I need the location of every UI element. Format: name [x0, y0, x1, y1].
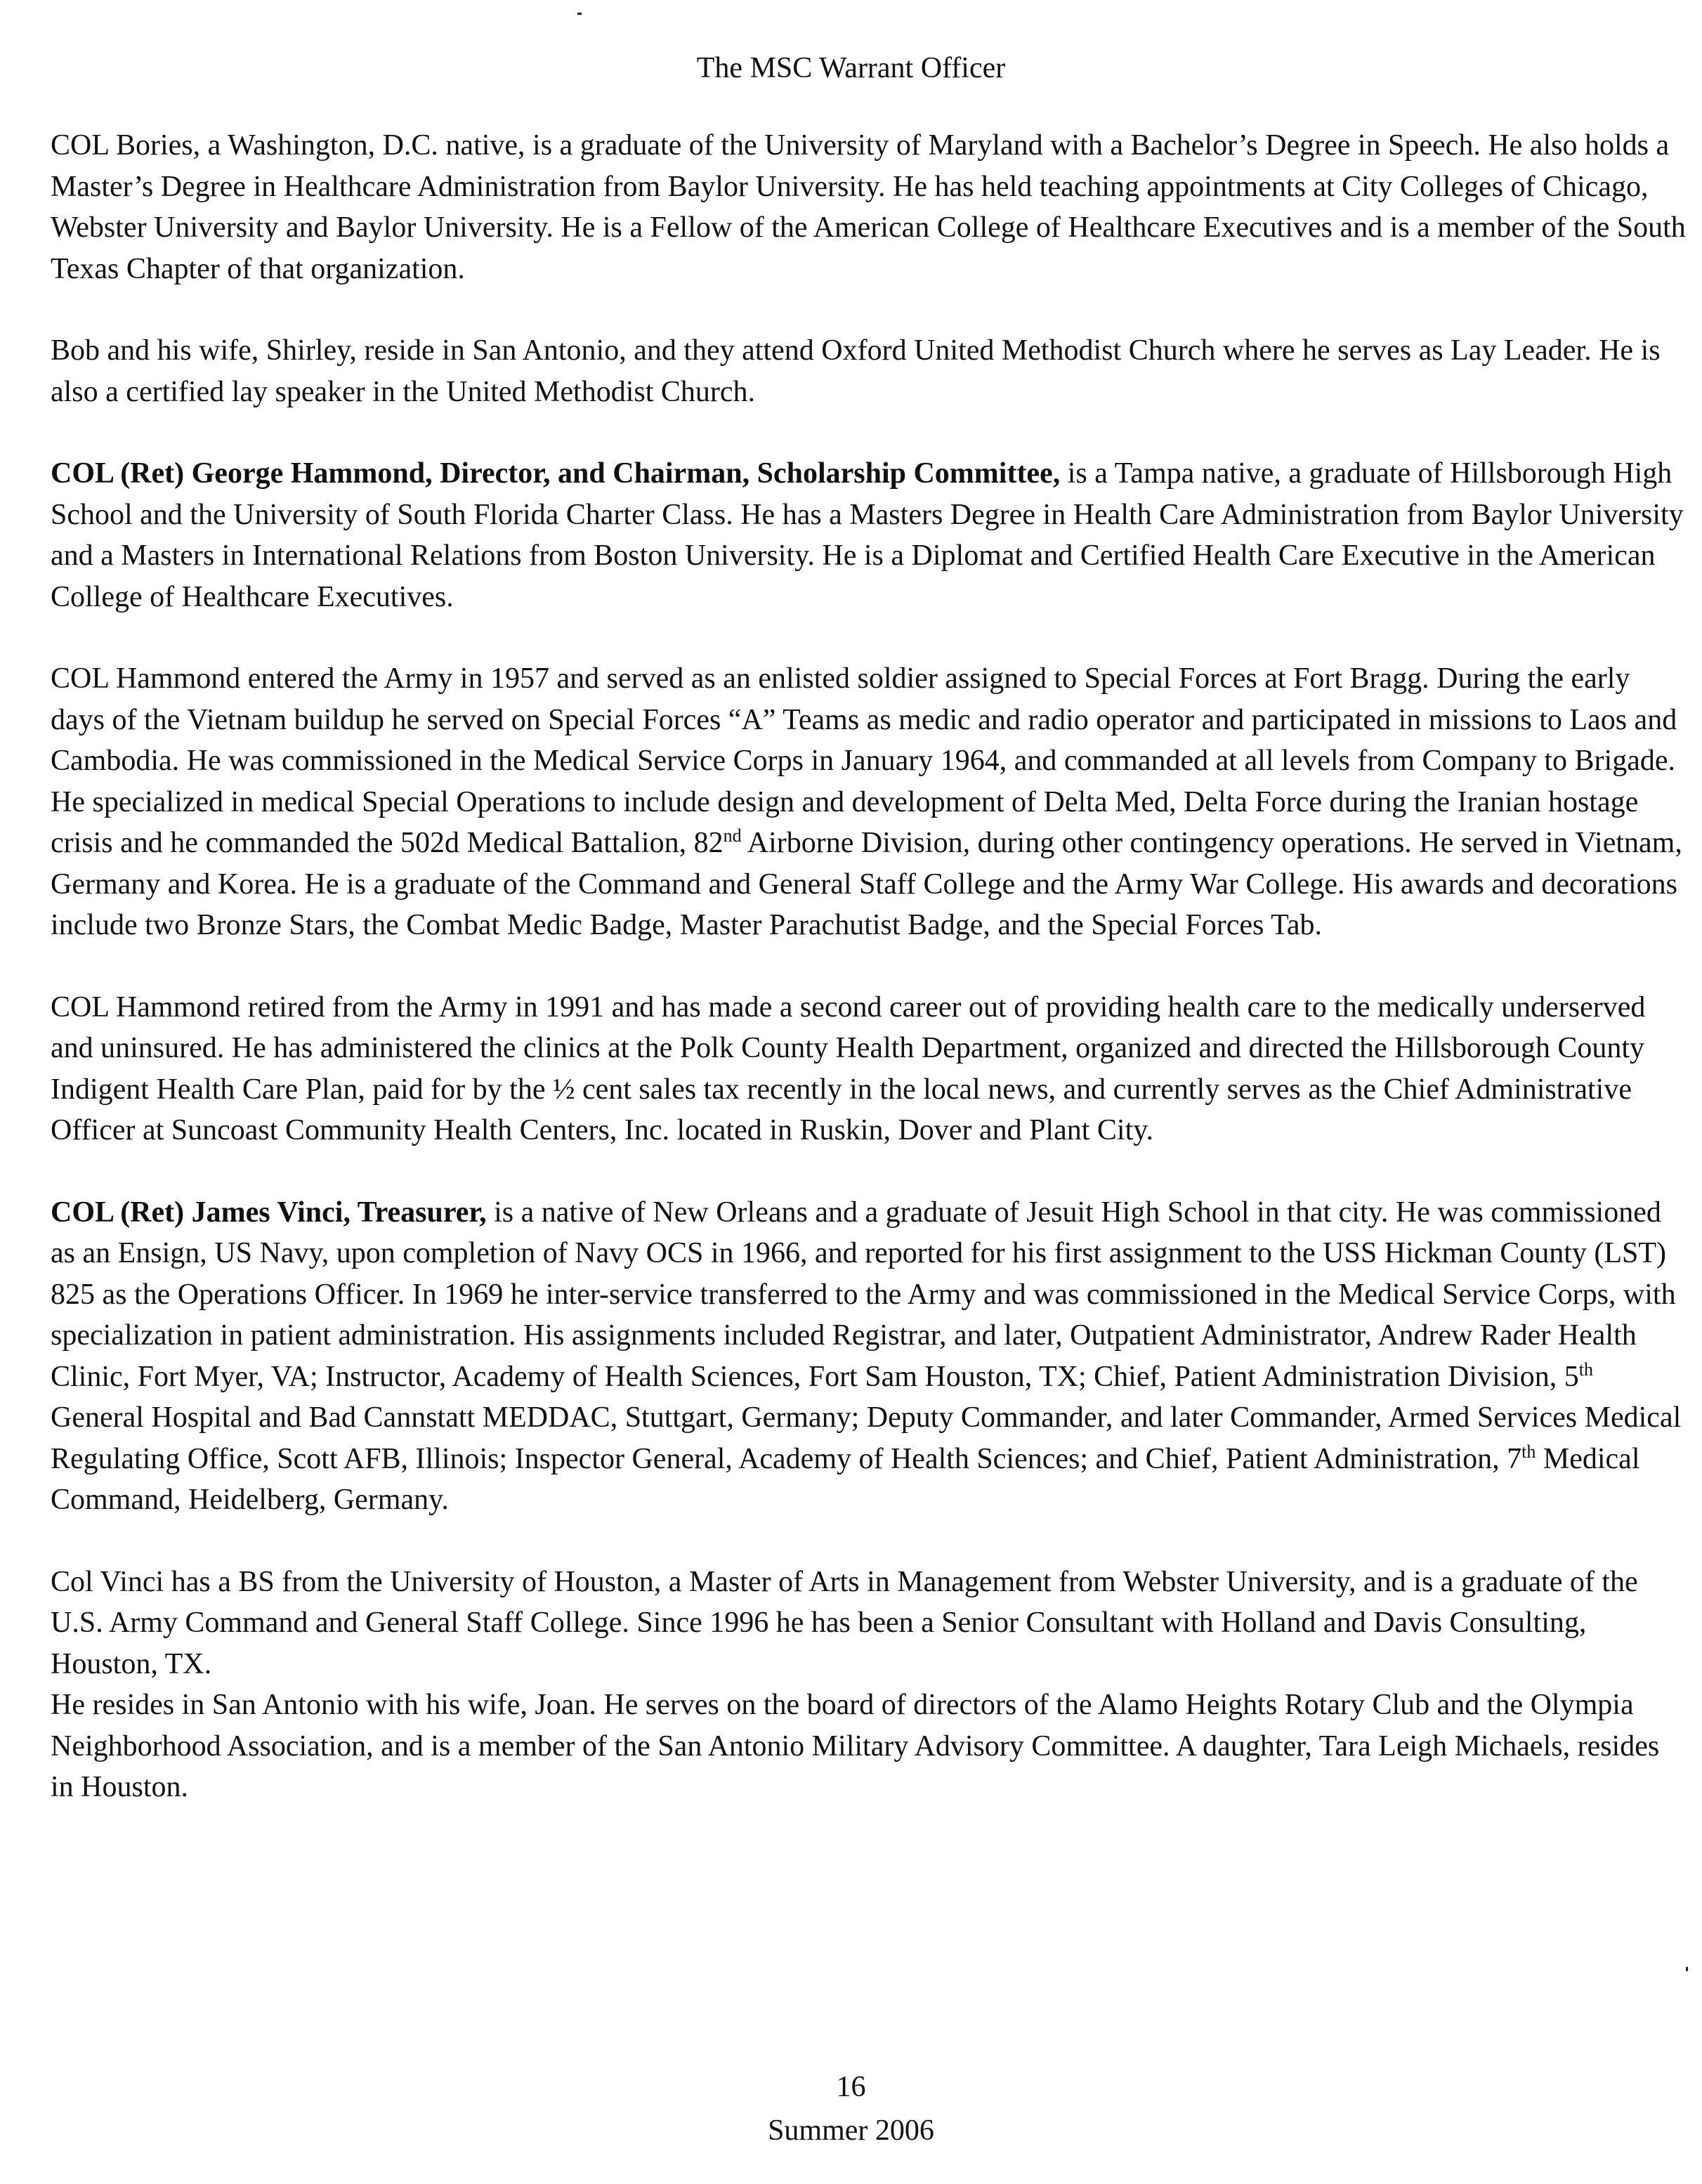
paragraph-hammond-intro: COL (Ret) George Hammond, Director, and … [51, 453, 1687, 617]
article-body: COL Bories, a Washington, D.C. native, i… [51, 125, 1687, 1849]
page-number: 16 [0, 2067, 1702, 2107]
bio-lead-vinci: COL (Ret) James Vinci, Treasurer, [51, 1196, 487, 1229]
paragraph-hammond-retirement: COL Hammond retired from the Army in 199… [51, 987, 1687, 1151]
paragraph-vinci-education: Col Vinci has a BS from the University o… [51, 1562, 1687, 1685]
paragraph-vinci-intro: COL (Ret) James Vinci, Treasurer, is a n… [51, 1192, 1687, 1521]
bio-lead-hammond: COL (Ret) George Hammond, Director, and … [51, 457, 1060, 490]
paragraph-vinci-family: He resides in San Antonio with his wife,… [51, 1685, 1687, 1808]
page-title: The MSC Warrant Officer [0, 48, 1702, 89]
paragraph-bories-education: COL Bories, a Washington, D.C. native, i… [51, 125, 1687, 289]
paragraph-hammond-career: COL Hammond entered the Army in 1957 and… [51, 658, 1687, 946]
scan-speck [1686, 1967, 1688, 1971]
scan-speck [577, 13, 582, 15]
paragraph-bories-family: Bob and his wife, Shirley, reside in San… [51, 330, 1687, 412]
issue-date: Summer 2006 [0, 2110, 1702, 2151]
